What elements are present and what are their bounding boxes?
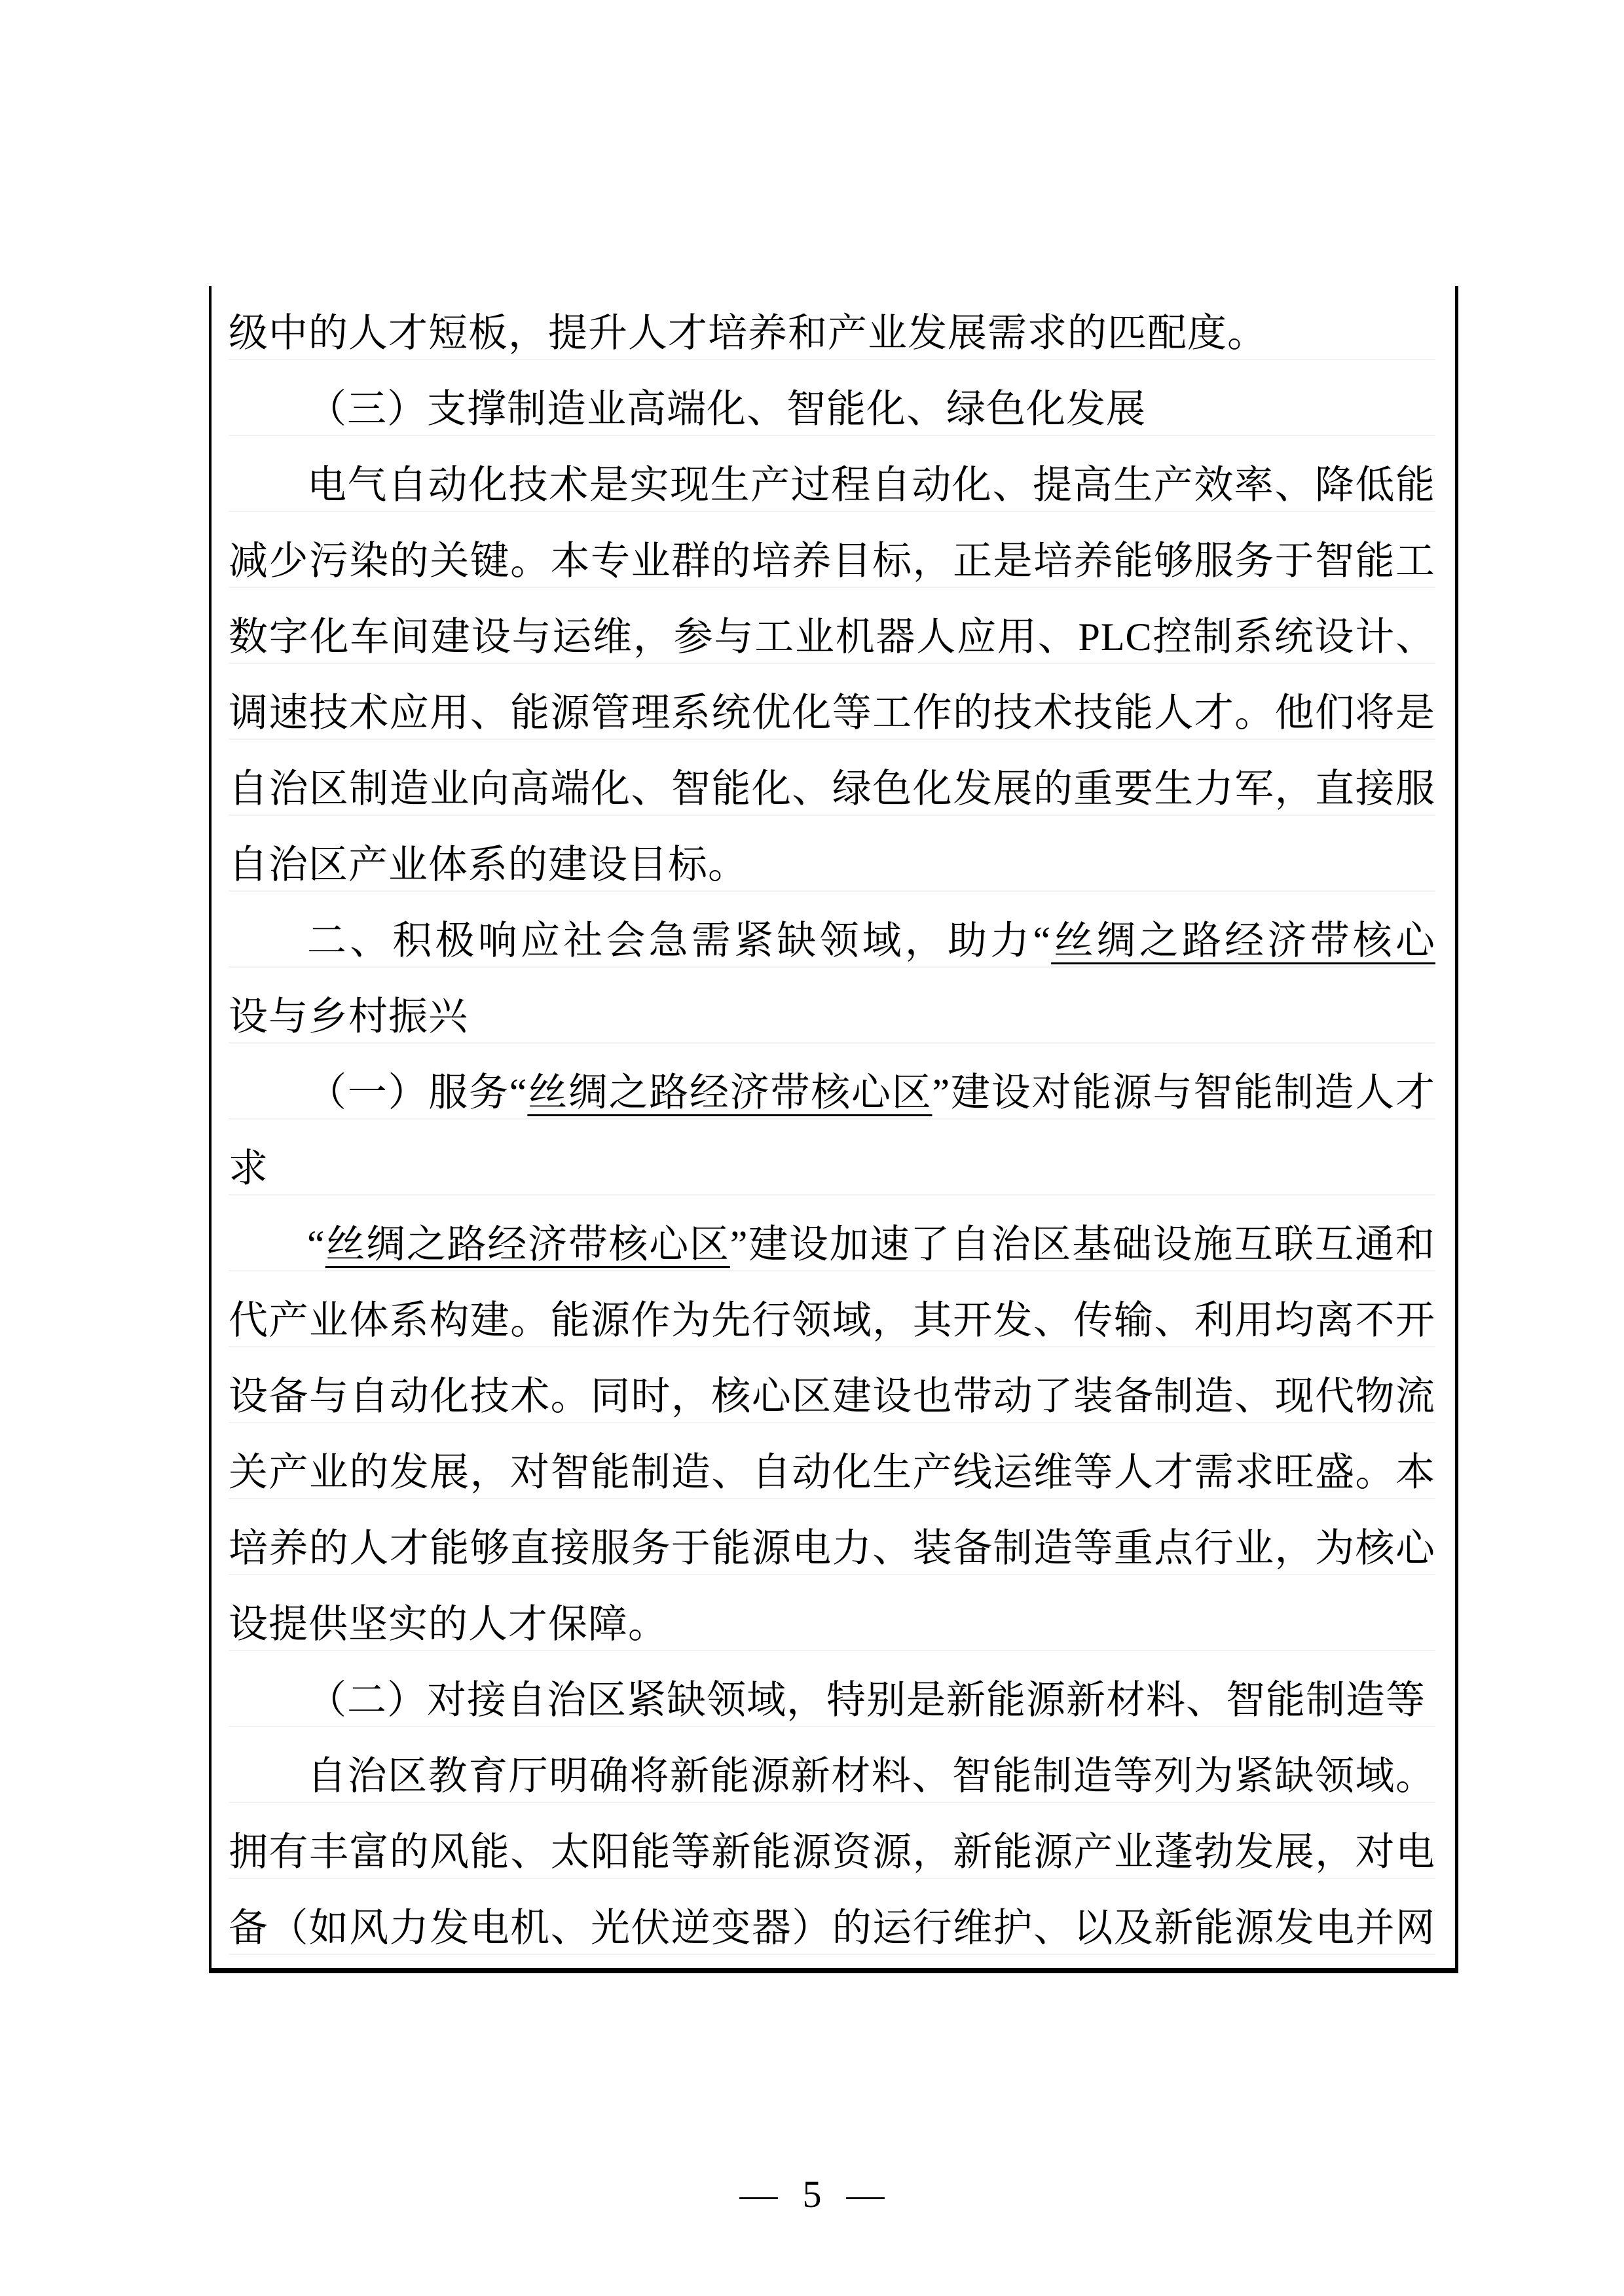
text-line: 关产业的发展，对智能制造、自动化生产线运维等人才需求旺盛。本专业	[229, 1434, 1435, 1510]
text-line: 二、积极响应社会急需紧缺领域，助力“丝绸之路经济带核心区”建	[229, 903, 1435, 979]
text-line: （三）支撑制造业高端化、智能化、绿色化发展	[229, 371, 1435, 447]
underlined-text: 丝绸之路经济带核心区	[325, 1223, 730, 1266]
document-body: 级中的人才短板，提升人才培养和产业发展需求的匹配度。（三）支撑制造业高端化、智能…	[229, 295, 1435, 1966]
text-segment: 拥有丰富的风能、太阳能等新能源资源，新能源产业蓬勃发展，对电气设	[229, 1831, 1435, 1890]
bordered-content-cell: 级中的人才短板，提升人才培养和产业发展需求的匹配度。（三）支撑制造业高端化、智能…	[209, 286, 1458, 1973]
text-line: 求	[229, 1131, 1435, 1207]
text-segment: （一）服务“	[307, 1071, 527, 1114]
text-segment: 自治区制造业向高端化、智能化、绿色化发展的重要生力军，直接服务于	[229, 767, 1435, 827]
text-segment: “	[307, 1223, 325, 1266]
text-segment: （二）对接自治区紧缺领域，特别是新能源新材料、智能制造等方向	[307, 1679, 1426, 1738]
text-segment: 设备与自动化技术。同时，核心区建设也带动了装备制造、现代物流等相	[229, 1375, 1435, 1434]
text-line: 培养的人才能够直接服务于能源电力、装备制造等重点行业，为核心区建	[229, 1510, 1435, 1586]
text-line: 自治区制造业向高端化、智能化、绿色化发展的重要生力军，直接服务于	[229, 751, 1435, 827]
text-line: 备（如风力发电机、光伏逆变器）的运行维护、以及新能源发电并网控制	[229, 1890, 1435, 1966]
text-segment: 级中的人才短板，提升人才培养和产业发展需求的匹配度。	[229, 312, 1267, 355]
text-line: 数字化车间建设与运维，参与工业机器人应用、PLC控制系统设计、变频	[229, 599, 1435, 675]
page-number: 5	[803, 2173, 822, 2215]
text-segment: 二、积极响应社会急需紧缺领域，助力“	[307, 919, 1051, 962]
text-segment: 减少污染的关键。本专业群的培养目标，正是培养能够服务于智能工厂、	[229, 539, 1435, 599]
text-line: 设备与自动化技术。同时，核心区建设也带动了装备制造、现代物流等相	[229, 1358, 1435, 1434]
text-segment: （三）支撑制造业高端化、智能化、绿色化发展	[307, 388, 1146, 431]
text-segment: 培养的人才能够直接服务于能源电力、装备制造等重点行业，为核心区建	[229, 1527, 1435, 1586]
text-segment: 代产业体系构建。能源作为先行领域，其开发、传输、利用均离不开电气	[229, 1299, 1435, 1358]
text-segment: 自治区产业体系的建设目标。	[229, 843, 748, 886]
page-footer: —5—	[0, 2168, 1624, 2221]
text-line: “丝绸之路经济带核心区”建设加速了自治区基础设施互联互通和现	[229, 1207, 1435, 1283]
text-line: 自治区教育厅明确将新能源新材料、智能制造等列为紧缺领域。新疆	[229, 1738, 1435, 1814]
footer-dash-left: —	[740, 2173, 778, 2215]
underlined-text: 丝绸之路经济带核心区	[527, 1071, 932, 1114]
text-segment: 设与乡村振兴	[229, 995, 468, 1038]
text-line: 电气自动化技术是实现生产过程自动化、提高生产效率、降低能耗、	[229, 447, 1435, 523]
text-line: 调速技术应用、能源管理系统优化等工作的技术技能人才。他们将是推动	[229, 675, 1435, 751]
text-line: （一）服务“丝绸之路经济带核心区”建设对能源与智能制造人才的需	[229, 1055, 1435, 1131]
text-line: 级中的人才短板，提升人才培养和产业发展需求的匹配度。	[229, 295, 1435, 371]
text-line: 自治区产业体系的建设目标。	[229, 827, 1435, 903]
text-segment: 备（如风力发电机、光伏逆变器）的运行维护、以及新能源发电并网控制	[229, 1906, 1435, 1966]
text-line: 拥有丰富的风能、太阳能等新能源资源，新能源产业蓬勃发展，对电气设	[229, 1814, 1435, 1890]
text-line: 设提供坚实的人才保障。	[229, 1586, 1435, 1662]
text-segment: 求	[229, 1147, 268, 1190]
text-segment: 调速技术应用、能源管理系统优化等工作的技术技能人才。他们将是推动	[229, 691, 1435, 751]
text-line: 设与乡村振兴	[229, 979, 1435, 1055]
text-line: 代产业体系构建。能源作为先行领域，其开发、传输、利用均离不开电气	[229, 1283, 1435, 1358]
text-segment: 数字化车间建设与运维，参与工业机器人应用、PLC控制系统设计、变频	[229, 615, 1435, 675]
document-page: 级中的人才短板，提升人才培养和产业发展需求的匹配度。（三）支撑制造业高端化、智能…	[0, 0, 1624, 2296]
text-segment: 电气自动化技术是实现生产过程自动化、提高生产效率、降低能耗、	[307, 464, 1435, 523]
text-line: 减少污染的关键。本专业群的培养目标，正是培养能够服务于智能工厂、	[229, 523, 1435, 599]
text-line: （二）对接自治区紧缺领域，特别是新能源新材料、智能制造等方向	[229, 1662, 1435, 1738]
text-segment: 设提供坚实的人才保障。	[229, 1603, 668, 1646]
text-segment: 关产业的发展，对智能制造、自动化生产线运维等人才需求旺盛。本专业	[229, 1451, 1435, 1510]
text-segment: 自治区教育厅明确将新能源新材料、智能制造等列为紧缺领域。新疆	[307, 1755, 1435, 1814]
footer-dash-right: —	[847, 2173, 885, 2215]
